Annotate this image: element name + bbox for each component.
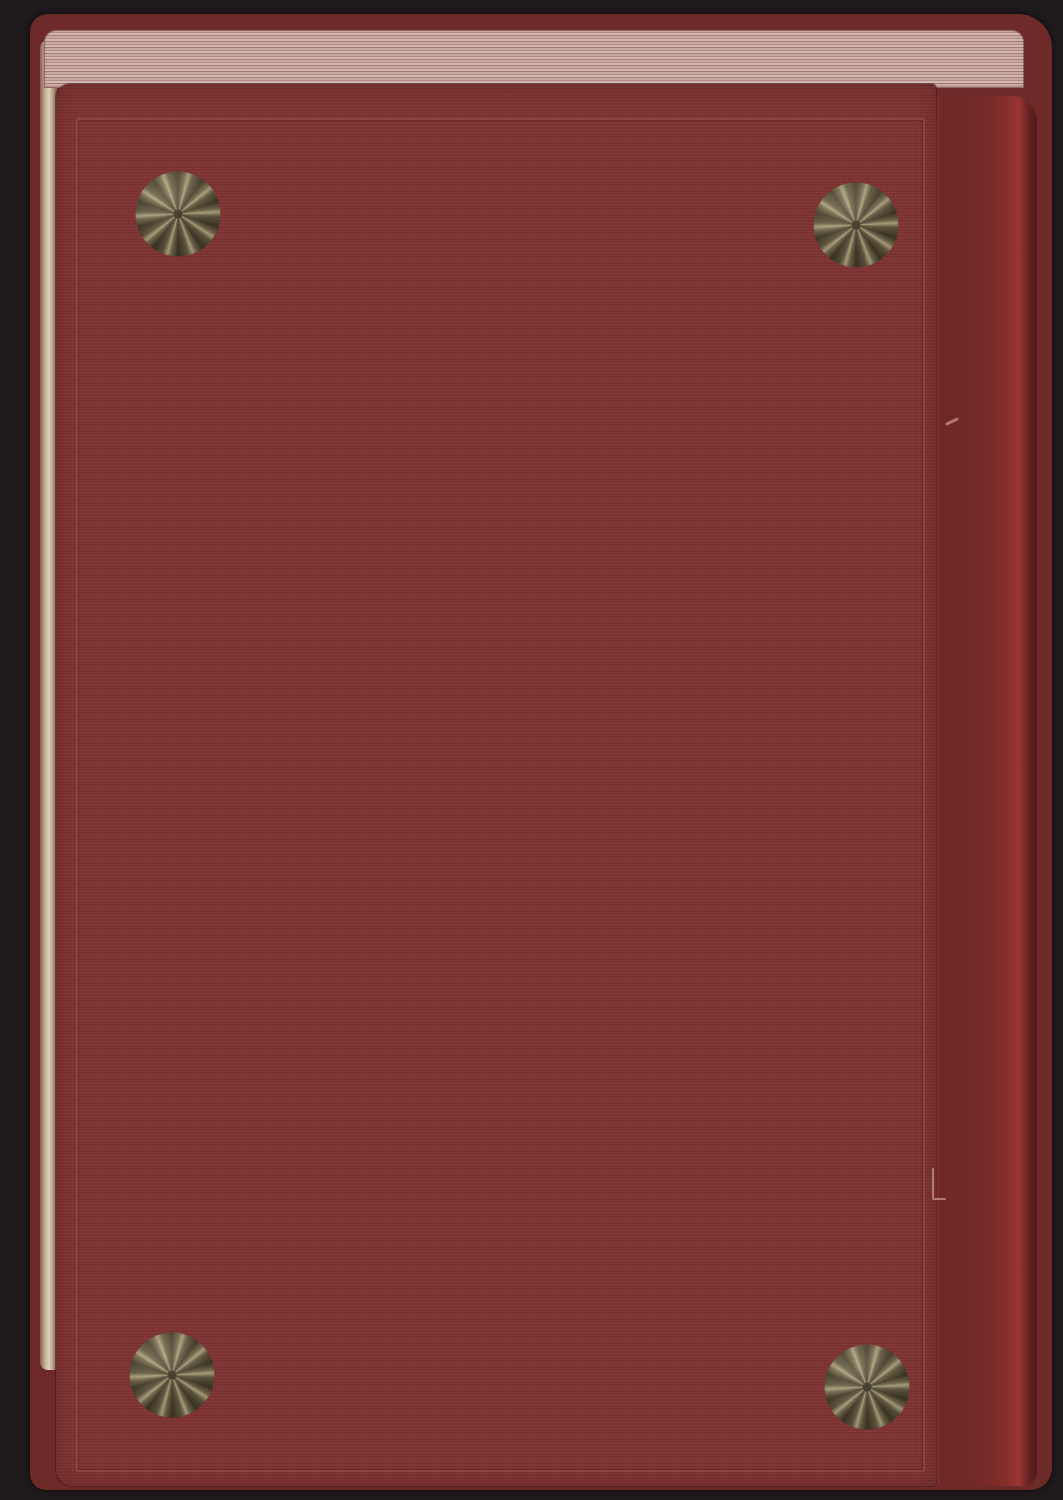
back-cover-board bbox=[56, 84, 936, 1486]
corner-boss-top-left-icon bbox=[130, 166, 226, 262]
book-spine bbox=[925, 96, 1037, 1486]
page-edges-top bbox=[44, 30, 1024, 88]
scene-description: Back cover of a closed cloth-bound book … bbox=[0, 0, 1, 1]
wear-scuff bbox=[932, 1168, 934, 1198]
corner-boss-top-right-icon bbox=[808, 177, 904, 273]
wear-scuff bbox=[932, 1198, 946, 1200]
corner-boss-bottom-right-icon bbox=[819, 1339, 915, 1435]
corner-boss-bottom-left-icon bbox=[124, 1327, 220, 1423]
book-photo: Back cover of a closed cloth-bound book … bbox=[0, 0, 1063, 1500]
